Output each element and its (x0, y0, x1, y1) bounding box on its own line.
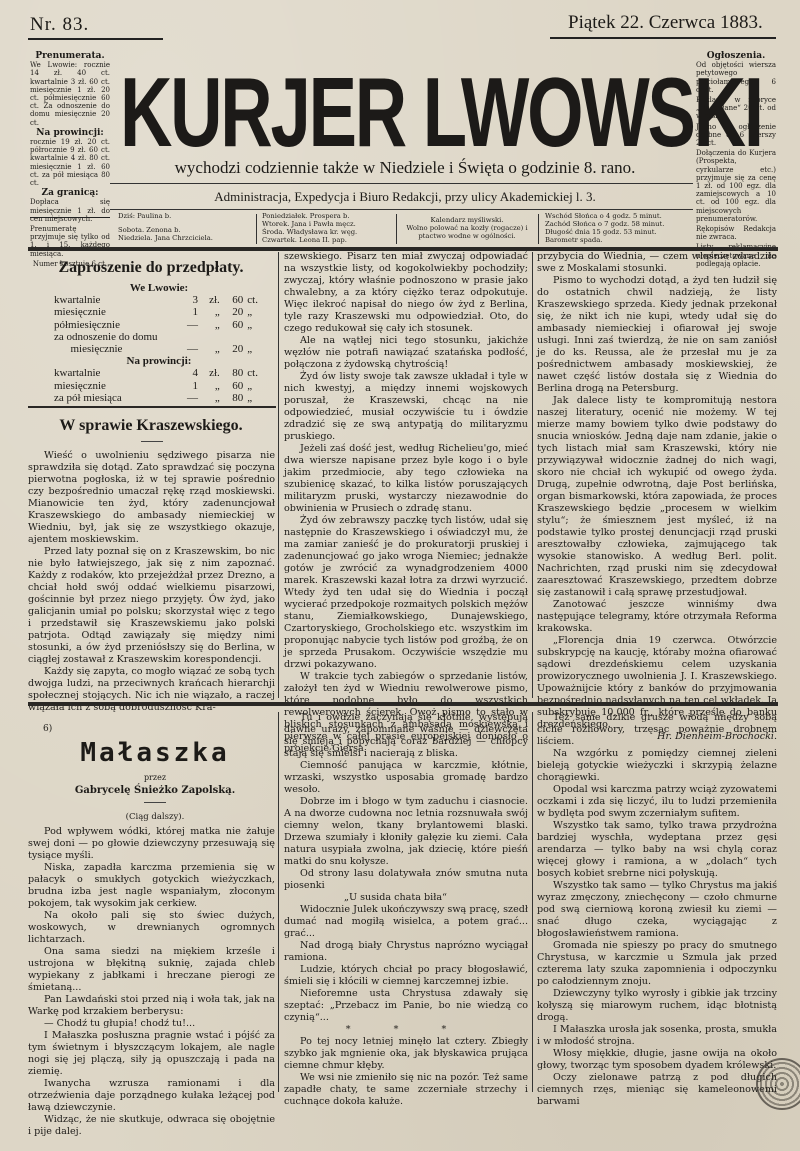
calendar-weekend-day: Sobota. Zenona b. (118, 226, 218, 234)
library-stamp (756, 1058, 800, 1110)
novel-paragraph: Oczy zielonawe patrzą z pod długich ciem… (537, 1072, 777, 1108)
ads-item: Od objętości wiersza petytowego pięcioła… (696, 61, 776, 94)
novel-paragraph: Na około pali się sto świec dużych, wosk… (28, 910, 275, 946)
price-cell: za odnoszenie do domu (54, 331, 180, 343)
price-cell: 1 (180, 380, 198, 392)
novel-column-3: Też same dzikie grusze wiodą między sobą… (537, 712, 777, 1108)
subscription-province-heading: Na prowincji: (30, 129, 110, 137)
novel-paragraph: Pod wpływem wódki, której matka nie żału… (28, 826, 275, 862)
calendar-weekdays: Poniedziałek. Prospera b. Wtorek. Jana i… (262, 212, 392, 246)
price-cell: 4 (180, 367, 198, 379)
price-cell: „ (198, 306, 220, 318)
price-cell: 1 (180, 306, 198, 318)
subscription-title: Prenumerata. (30, 52, 110, 60)
calendar-separator (538, 214, 539, 244)
novel-paragraph: Nad drogą biały Chrystus naprózno wyciąg… (284, 940, 528, 964)
side-rule (30, 217, 110, 218)
article-paragraph: Zanotować jeszcze winniśmy dwa następują… (537, 599, 777, 635)
calendar-separator (256, 214, 257, 244)
price-cell: miesięcznie (54, 343, 180, 355)
tagline: wychodzi codziennie także w Niedziele i … (150, 158, 660, 178)
price-row: za odnoszenie do domu (54, 331, 264, 343)
calendar-separator (396, 214, 397, 244)
price-cell: „ (243, 392, 264, 404)
price-cell (180, 331, 198, 343)
novel-paragraph: Iwanycha wzrusza ramionami i dla otrzeźw… (28, 1078, 275, 1114)
novel-column-1: Pod wpływem wódki, której matka nie żału… (28, 826, 275, 1138)
title-dash (141, 441, 163, 442)
calendar-sun-line: Zachód Słońca o 7 godz. 58 minut. (545, 220, 695, 228)
price-cell: miesięcznie (54, 380, 180, 392)
price-lwow-rows: kwartalnie3zł.60ct.miesięcznie1„20„półmi… (54, 294, 264, 355)
column-divider (532, 712, 533, 1092)
tagline-rule (110, 183, 693, 184)
price-cell: — (180, 319, 198, 331)
novel-paragraph: Dziewczyny tylko wyrosły i gibkie jak tr… (537, 988, 777, 1024)
administration-line: Administracja, Expedycja i Biuro Redakcj… (140, 189, 670, 205)
price-cell: 80 (220, 392, 243, 404)
price-cell: 20 (220, 343, 243, 355)
price-cell: 60 (220, 294, 243, 306)
price-cell: 60 (220, 319, 243, 331)
price-row: miesięcznie1„60„ (54, 380, 264, 392)
price-cell: półmiesięcznie (54, 319, 180, 331)
novel-continued: (Ciąg dalszy). (40, 812, 270, 822)
novel-by: przez (40, 773, 270, 782)
novel-author: Gabrycelę Śnieżko Zapolską. (40, 785, 270, 796)
price-row: miesięcznie1„20„ (54, 306, 264, 318)
price-cell: zł. (198, 294, 220, 306)
ads-item: Dołączenia do Kurjera (Prospekta, cyrkul… (696, 149, 776, 223)
novel-paragraph: Też same dzikie grusze wiodą między sobą… (537, 712, 777, 748)
price-cell: kwartalnie (54, 367, 180, 379)
calendar-sun-line: Długość dnia 15 godz. 53 minut. (545, 228, 695, 236)
masthead: KURJER LWOWSKI (120, 62, 542, 162)
novel-paragraph: Ciemność panująca w karczmie, kłótnie, w… (284, 760, 528, 796)
calendar-weekday: Czwartek. Leona II. pap. (262, 236, 392, 244)
price-cell: miesięcznie (54, 306, 180, 318)
article-paragraph: Pismo to wychodzi dotąd, a żyd ten łudzi… (537, 275, 777, 395)
article-paragraph: Żyd ów listy swoje tak zawsze układał i … (284, 371, 528, 443)
novel-paragraph: Wszystko tak samo — tylko Chrystus ma ja… (537, 880, 777, 940)
date-rule (550, 37, 776, 39)
ads-title: Ogłoszenia. (696, 52, 776, 60)
novel-paragraph: — Chodź tu głupia! chodź tu!... (28, 1018, 275, 1030)
novel-paragraph: Ludzie, których chciał po pracy błogosła… (284, 964, 528, 988)
calendar-today-text: Dziś: Paulina b. (118, 212, 218, 220)
novel-paragraph: Po tej nocy letniej minęło lat cztery. Z… (284, 1036, 528, 1072)
subscription-lwow: We Lwowie: rocznie 14 zł. 40 ct. kwartal… (30, 61, 110, 127)
ads-item: Reklamy w rubryce „Nadesłane“ 20 ct. od … (696, 96, 776, 121)
article-paragraph: Żyd ów zebrawszy paczkę tych listów, uda… (284, 515, 528, 671)
price-cell: kwartalnie (54, 294, 180, 306)
novel-paragraph: Widząc, że nie skutkuje, odwraca się obo… (28, 1114, 275, 1138)
column-divider (278, 252, 279, 698)
price-cell: „ (243, 343, 264, 355)
article-column-1: Wieść o uwolnieniu sędziwego pisarza nie… (28, 450, 275, 714)
price-cell: zł. (198, 367, 220, 379)
novel-paragraph: Dobrze im i błogo w tym zaduchu i ciasno… (284, 796, 528, 868)
price-cell: „ (243, 319, 264, 331)
price-row: miesięcznie—„20„ (54, 343, 264, 355)
calendar-sun-line: Barometr spada. (545, 236, 695, 244)
subscription-abroad-heading: Za granicą: (30, 189, 110, 197)
novel-song-line: „U susida chata biła“ (284, 892, 528, 904)
novel-paragraph: Nieforemne usta Chrystusa zdawały się sz… (284, 988, 528, 1024)
novel-paragraph: Włosy miękkie, długie, jasne owija na ok… (537, 1048, 777, 1072)
issue-rule (28, 38, 163, 40)
price-row: za pół miesiąca—„80„ (54, 392, 264, 404)
article-paragraph: Jeżeli zaś dość jest, według Richelieu'g… (284, 443, 528, 515)
novel-dash (144, 802, 166, 803)
novel-paragraph: Na wzgórku z pomiędzy ciemnej zieleni bi… (537, 748, 777, 784)
article-paragraph: Każdy się zapyta, co mogło wiązać ze sob… (28, 666, 275, 714)
column-divider (278, 712, 279, 1092)
invitation-rule (28, 406, 276, 408)
subscription-province: rocznie 19 zł. 20 ct. półrocznie 9 zł. 6… (30, 138, 110, 187)
price-province-heading: Na prowincji: (54, 355, 264, 367)
ads-item: Jedno ogłoszenie drobne do 6 wierszy 20 … (696, 123, 776, 148)
novel-installment: 6) (43, 724, 52, 734)
price-cell (198, 331, 220, 343)
price-cell: 60 (220, 380, 243, 392)
price-cell: — (180, 392, 198, 404)
subscription-box: Prenumerata. We Lwowie: rocznie 14 zł. 4… (30, 52, 110, 270)
article-paragraph: Wieść o uwolnieniu sędziwego pisarza nie… (28, 450, 275, 546)
price-lwow-heading: We Lwowie: (54, 282, 264, 294)
calendar-hunting: Kalendarz myśliwski. Wolno polować na ko… (402, 212, 532, 250)
calendar-weekday: Poniedziałek. Prospera b. (262, 212, 392, 220)
article-title: W sprawie Kraszewskiego. (36, 417, 266, 435)
price-cell: ct. (243, 367, 264, 379)
ads-box: Ogłoszenia. Od objętości wiersza petytow… (696, 52, 776, 270)
price-row: półmiesięcznie—„60„ (54, 319, 264, 331)
feuilleton-rule (28, 702, 778, 706)
calendar-weekend-day: Niedziela. Jana Chrzciciela. (118, 234, 218, 242)
calendar-hunting-title: Kalendarz myśliwski. (402, 216, 532, 224)
price-cell: „ (243, 380, 264, 392)
issue-number: Nr. 83. (30, 14, 89, 36)
calendar-today: Dziś: Paulina b. Sobota. Zenona b. Niedz… (118, 212, 218, 246)
administration-rule (110, 209, 693, 210)
subscription-abroad: Dopłaca się miesięcznie 1 zł. do cen mie… (30, 198, 110, 223)
novel-paragraph: Ona sama siedzi na miękiem krześle i ust… (28, 946, 275, 994)
novel-paragraph: Widocznie Julek ukończywszy swą pracę, s… (284, 904, 528, 940)
price-cell: 80 (220, 367, 243, 379)
article-paragraph: Jak dalece listy te kompromitują nestora… (537, 395, 777, 599)
issue-date: Piątek 22. Czerwca 1883. (568, 12, 763, 34)
article-paragraph: Ale na wątłej nici tego stosunku, jakich… (284, 335, 528, 371)
price-cell: za pół miesiąca (54, 392, 180, 404)
calendar-sun: Wschód Słońca o 4 godz. 5 minut. Zachód … (545, 212, 695, 246)
price-cell (243, 331, 264, 343)
calendar-hunting-text: Wolno polować na kozły (rogacze) i ptact… (402, 224, 532, 240)
calendar-sun-line: Wschód Słońca o 4 godz. 5 minut. (545, 212, 695, 220)
column-divider (532, 252, 533, 698)
price-cell (220, 331, 243, 343)
novel-paragraph: I Małaszka urosła jak sosenka, prosta, s… (537, 1024, 777, 1048)
invitation-title: Zaproszenie do przedpłaty. (36, 259, 266, 277)
price-row: kwartalnie3zł.60ct. (54, 294, 264, 306)
subscription-note: Prenumeratę przyjmuje się tylko od 1. i … (30, 225, 110, 258)
novel-paragraph: Niska, zapadła karczma przemienia się w … (28, 862, 275, 910)
novel-paragraph: Opodal wsi karczma patrzy wciąż zyzowate… (537, 784, 777, 820)
price-cell: „ (198, 392, 220, 404)
article-paragraph: szewskiego. Pisarz ten miał zwyczaj odpo… (284, 251, 528, 335)
price-cell: „ (198, 319, 220, 331)
article-column-2: szewskiego. Pisarz ten miał zwyczaj odpo… (284, 251, 528, 755)
novel-paragraph: Gromada nie spieszy po pracy do smutnego… (537, 940, 777, 988)
novel-paragraph: Tu i owdzie zaczynają się kłótnie, wystę… (284, 712, 528, 760)
price-cell: „ (198, 343, 220, 355)
price-row: kwartalnie4zł.80ct. (54, 367, 264, 379)
calendar-weekday: Środa. Władysława kr. węg. (262, 228, 392, 236)
article-paragraph: Przed laty poznał się on z Kraszewskim, … (28, 546, 275, 666)
price-cell: — (180, 343, 198, 355)
novel-paragraph: I Małaszka posłuszna pragnie wstać i pój… (28, 1030, 275, 1078)
section-asterisks: * * * (284, 1024, 528, 1036)
novel-paragraph: Pan Lawdański stoi przed nią i woła tak,… (28, 994, 275, 1018)
price-table: We Lwowie: kwartalnie3zł.60ct.miesięczni… (54, 282, 264, 404)
novel-title: Małaszka (40, 738, 270, 768)
novel-column-2: Tu i owdzie zaczynają się kłótnie, wystę… (284, 712, 528, 1108)
price-cell: 3 (180, 294, 198, 306)
price-cell: 20 (220, 306, 243, 318)
ads-item: Rękopisów Redakcja nie zwraca. (696, 225, 776, 241)
price-cell: „ (243, 306, 264, 318)
article-column-3: przybycia do Wiednia, — czem właśnie zdr… (537, 251, 777, 743)
price-cell: ct. (243, 294, 264, 306)
novel-paragraph: Od strony lasu dolatywała znów smutna nu… (284, 868, 528, 892)
price-province-rows: kwartalnie4zł.80ct.miesięcznie1„60„za pó… (54, 367, 264, 404)
novel-paragraph: We wsi nie zmieniło się nic na pozór. Te… (284, 1072, 528, 1108)
novel-paragraph: Wszystko tak samo, tylko trawa przydrożn… (537, 820, 777, 880)
article-paragraph: przybycia do Wiednia, — czem właśnie zdr… (537, 251, 777, 275)
price-cell: „ (198, 380, 220, 392)
calendar-weekday: Wtorek. Jana i Pawła męcz. (262, 220, 392, 228)
